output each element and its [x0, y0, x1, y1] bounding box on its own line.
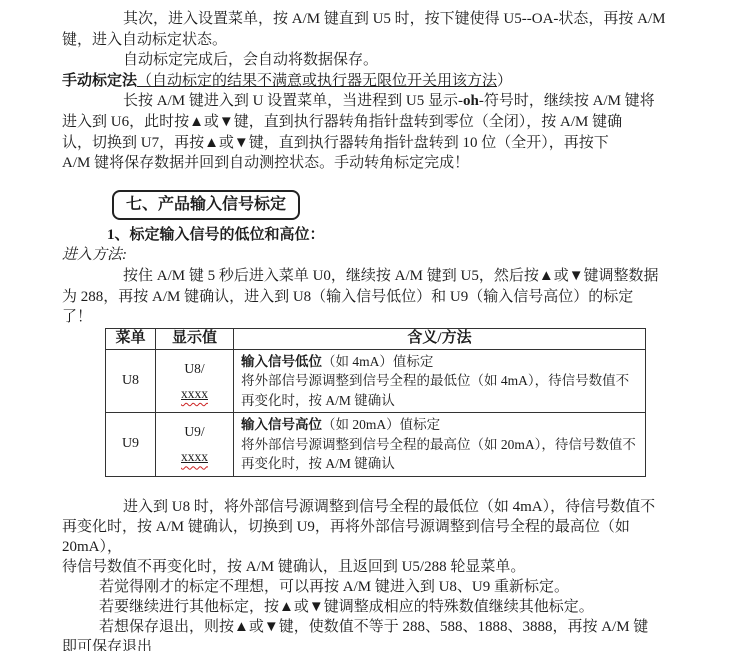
meaning-cell: 输入信号高位（如 20mA）值标定将外部信号源调整到信号全程的最高位（如 20m…	[234, 413, 646, 477]
text-segment: 进入到 U8 时，将外部信号源调整到信号全程的最低位（如 4mA），待信号数值不	[123, 499, 655, 515]
display-value-cell: U9/xxxx	[156, 413, 234, 477]
text-segment: xxxx	[181, 449, 208, 464]
table-header-cell: 含义/方法	[234, 328, 646, 349]
text-segment: 再变化时，按 A/M 键确认，切换到 U9，再将外部信号源调整到信号全程的最高位…	[62, 519, 630, 535]
text-segment: xxxx	[181, 386, 208, 401]
text-segment: 将外部信号源调整到信号全程的最高位（如 20mA），待信号数值不再变化时，按 A…	[241, 437, 636, 472]
text-line: xxxx	[157, 444, 232, 469]
text-segment: 1、标定输入信号的低位和高位：	[107, 227, 325, 243]
text-segment: oh	[463, 93, 479, 109]
text-segment: 进入到 U6，此时按▲或▼键，直到执行器转角指针盘转到零位（全闭），按 A/M …	[62, 114, 622, 130]
text-segment: （如 20mA）值标定	[322, 417, 440, 432]
text-segment: 认，切换到 U7，再按▲或▼键，直到执行器转角指针盘转到 10 位（全开），再按…	[62, 135, 609, 151]
text-segment: 若要继续进行其他标定，按▲或▼键调整成相应的特殊数值继续其他标定。	[99, 599, 594, 615]
calibration-table: 菜单显示值含义/方法 U8U8/xxxx输入信号低位（如 4mA）值标定将外部信…	[105, 328, 646, 477]
text-segment: 输入信号高位	[241, 417, 322, 432]
display-value-cell: U8/xxxx	[156, 349, 234, 413]
text-segment: （如 4mA）值标定	[322, 354, 433, 369]
text-segment: 若觉得刚才的标定不理想，可以再按 A/M 键进入到 U8、U9 重新标定。	[99, 579, 569, 595]
table-header-cell: 菜单	[106, 328, 156, 349]
text-segment: （自动标定的结果不满意或执行器无限位开关用该方法	[137, 73, 497, 89]
text-line: 1、标定输入信号的低位和高位：	[62, 225, 692, 246]
section-heading-wrap: 七、产品输入信号标定	[62, 190, 692, 220]
text-line: 长按 A/M 键进入到 U 设置菜单，当进程到 U5 显示-oh-符号时，继续按…	[62, 91, 692, 112]
top-paragraphs: 其次，进入设置菜单，按 A/M 键直到 U5 时，按下键使得 U5--OA-状态…	[62, 9, 692, 174]
text-segment: 了！	[62, 309, 92, 325]
text-line: 进入到 U8 时，将外部信号源调整到信号全程的最低位（如 4mA），待信号数值不	[62, 497, 692, 517]
text-line: U9/	[157, 419, 232, 444]
text-segment: -符号时，继续按 A/M 键将	[479, 93, 655, 109]
text-line: 进入到 U6，此时按▲或▼键，直到执行器转角指针盘转到零位（全闭），按 A/M …	[62, 112, 692, 133]
text-segment: 待信号数值不再变化时，按 A/M 键确认，且返回到 U5/288 轮显菜单。	[62, 559, 525, 575]
table-header-cell: 显示值	[156, 328, 234, 349]
text-line: 再变化时，按 A/M 键确认，切换到 U9，再将外部信号源调整到信号全程的最高位…	[62, 517, 692, 537]
text-segment: 自动标定完成后，会自动将数据保存。	[123, 52, 378, 68]
text-line: xxxx	[157, 381, 232, 406]
text-segment: U8/	[184, 361, 204, 376]
table-header-row: 菜单显示值含义/方法	[106, 328, 646, 349]
text-line: 若想保存退出，则按▲或▼键，使数值不等于 288、588、1888、3888，再…	[62, 617, 692, 637]
text-segment: 将外部信号源调整到信号全程的最低位（如 4mA），待信号数值不再变化时，按 A/…	[241, 373, 629, 408]
section-heading-box: 七、产品输入信号标定	[112, 190, 300, 220]
menu-cell: U8	[106, 349, 156, 413]
text-line: 20mA），	[62, 537, 692, 557]
text-segment: 20mA），	[62, 539, 122, 555]
text-segment: 手动标定法	[62, 73, 137, 89]
text-segment: 其次，进入设置菜单，按 A/M 键直到 U5 时，按下键使得 U5--OA-状态…	[123, 11, 666, 27]
text-line: A/M 键将保存数据并回到自动测控状态。手动转角标定完成！	[62, 153, 692, 174]
text-segment: 长按 A/M 键进入到 U 设置菜单，当进程到 U5 显示-	[123, 93, 463, 109]
text-segment: 按住 A/M 键 5 秒后进入菜单 U0，继续按 A/M 键到 U5，然后按▲或…	[123, 268, 659, 284]
text-segment: ）	[497, 73, 512, 89]
text-segment: 键，进入自动标定状态。	[62, 32, 227, 48]
section-title: 七、产品输入信号标定	[126, 196, 286, 213]
text-line: 键，进入自动标定状态。	[62, 30, 692, 51]
meaning-cell: 输入信号低位（如 4mA）值标定将外部信号源调整到信号全程的最低位（如 4mA）…	[234, 349, 646, 413]
menu-cell: U9	[106, 413, 156, 477]
bottom-paragraphs: 进入到 U8 时，将外部信号源调整到信号全程的最低位（如 4mA），待信号数值不…	[62, 497, 692, 651]
text-line: 即可保存退出	[62, 637, 692, 651]
table-row: U9U9/xxxx输入信号高位（如 20mA）值标定将外部信号源调整到信号全程的…	[106, 413, 646, 477]
text-line: 为 288，再按 A/M 键确认，进入到 U8（输入信号低位）和 U9（输入信号…	[62, 287, 692, 308]
text-line: 手动标定法（自动标定的结果不满意或执行器无限位开关用该方法）	[62, 71, 692, 92]
document-page: 其次，进入设置菜单，按 A/M 键直到 U5 时，按下键使得 U5--OA-状态…	[0, 0, 750, 651]
text-line: 输入信号高位（如 20mA）值标定	[241, 415, 641, 435]
wavy-underline-text: xxxx	[181, 449, 208, 464]
intro-paragraphs: 1、标定输入信号的低位和高位：进入方法:按住 A/M 键 5 秒后进入菜单 U0…	[62, 225, 692, 328]
text-segment: 为 288，再按 A/M 键确认，进入到 U8（输入信号低位）和 U9（输入信号…	[62, 289, 633, 305]
text-line: 自动标定完成后，会自动将数据保存。	[62, 50, 692, 71]
text-line: 将外部信号源调整到信号全程的最低位（如 4mA），待信号数值不再变化时，按 A/…	[241, 371, 641, 410]
text-segment: A/M 键将保存数据并回到自动测控状态。手动转角标定完成！	[62, 155, 469, 171]
text-segment: 若想保存退出，则按▲或▼键，使数值不等于 288、588、1888、3888，再…	[99, 619, 648, 635]
text-segment: U9/	[184, 424, 204, 439]
text-line: 待信号数值不再变化时，按 A/M 键确认，且返回到 U5/288 轮显菜单。	[62, 557, 692, 577]
text-line: U8/	[157, 356, 232, 381]
text-line: 其次，进入设置菜单，按 A/M 键直到 U5 时，按下键使得 U5--OA-状态…	[62, 9, 692, 30]
text-segment: 输入信号低位	[241, 354, 322, 369]
text-line: 将外部信号源调整到信号全程的最高位（如 20mA），待信号数值不再变化时，按 A…	[241, 435, 641, 474]
wavy-underline-text: xxxx	[181, 386, 208, 401]
text-line: 若要继续进行其他标定，按▲或▼键调整成相应的特殊数值继续其他标定。	[62, 597, 692, 617]
text-line: 若觉得刚才的标定不理想，可以再按 A/M 键进入到 U8、U9 重新标定。	[62, 577, 692, 597]
text-line: 认，切换到 U7，再按▲或▼键，直到执行器转角指针盘转到 10 位（全开），再按…	[62, 133, 692, 154]
text-line: 进入方法:	[62, 245, 692, 266]
text-line: 输入信号低位（如 4mA）值标定	[241, 352, 641, 372]
text-line: 了！	[62, 307, 692, 328]
text-segment: 即可保存退出	[62, 639, 152, 651]
text-line: 按住 A/M 键 5 秒后进入菜单 U0，继续按 A/M 键到 U5，然后按▲或…	[62, 266, 692, 287]
text-segment: 进入方法:	[62, 247, 127, 263]
table-row: U8U8/xxxx输入信号低位（如 4mA）值标定将外部信号源调整到信号全程的最…	[106, 349, 646, 413]
